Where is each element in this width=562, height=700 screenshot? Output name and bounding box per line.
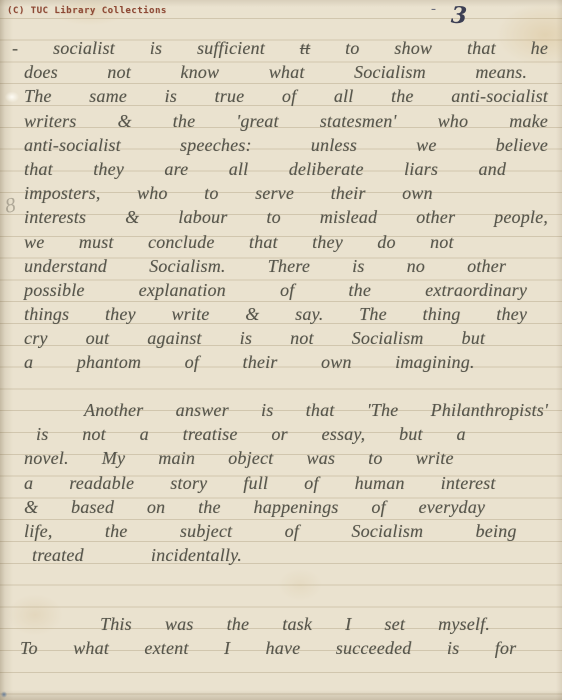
paragraph-1: - socialist is sufficient tt to show tha…	[24, 36, 548, 375]
handwritten-line: possible explanation of the extraordinar…	[24, 278, 527, 302]
handwritten-line: cry out against is not Socialism but	[24, 326, 485, 350]
handwritten-line: imposters, who to serve their own	[24, 181, 433, 205]
handwritten-line: a readable story full of human interest	[24, 471, 496, 495]
handwritten-line: life, the subject of Socialism being	[24, 519, 517, 543]
handwritten-line: treated incidentally.	[32, 543, 242, 567]
page-number-dash: -	[431, 1, 436, 18]
paragraph-3: This was the task I set myself. To what …	[20, 612, 548, 660]
handwritten-line: that they are all deliberate liars and	[24, 157, 506, 181]
page-number: 3	[450, 2, 467, 30]
handwritten-line: novel. My main object was to write	[24, 446, 454, 470]
margin-pencil-mark: 8	[3, 192, 18, 218]
handwritten-line: writers & the 'great statesmen' who make	[24, 109, 548, 133]
line-text: - socialist is sufficient	[12, 38, 265, 58]
scan-artifact-dot	[1, 691, 7, 698]
handwritten-line: a phantom of their own imagining.	[24, 350, 475, 374]
copyright-watermark: (C) TUC Library Collections	[7, 6, 167, 16]
handwritten-line: - socialist is sufficient tt to show tha…	[12, 36, 548, 60]
handwritten-line: understand Socialism. There is no other	[24, 254, 506, 278]
struck-out-text: tt	[300, 38, 310, 58]
handwritten-line: To what extent I have succeeded is for	[20, 636, 516, 660]
handwritten-line: Another answer is that 'The Philanthropi…	[24, 398, 548, 422]
handwritten-line: we must conclude that they do not	[24, 230, 454, 254]
paragraph-2: Another answer is that 'The Philanthropi…	[24, 398, 548, 567]
handwritten-line: things they write & say. The thing they	[24, 302, 527, 326]
handwritten-line: This was the task I set myself.	[20, 612, 490, 636]
handwritten-line: & based on the happenings of everyday	[24, 495, 485, 519]
handwritten-line: anti-socialist speeches: unless we belie…	[24, 133, 548, 157]
handwritten-line: is not a treatise or essay, but a	[36, 422, 466, 446]
handwritten-line: does not know what Socialism means.	[24, 60, 527, 84]
manuscript-page-scan: (C) TUC Library Collections - 3 8 - soci…	[0, 0, 562, 700]
handwritten-line: interests & labour to mislead other peop…	[24, 205, 548, 229]
line-text: to show that he	[345, 38, 548, 58]
handwritten-line: The same is true of all the anti-sociali…	[24, 84, 548, 108]
